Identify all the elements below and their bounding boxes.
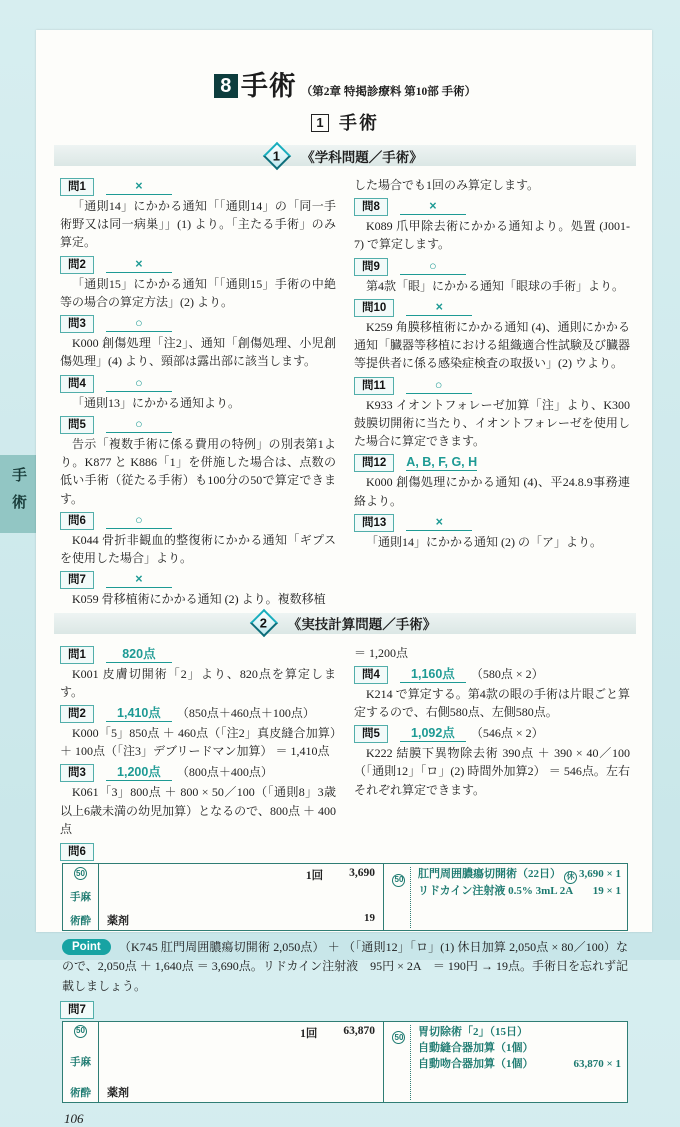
answer-mark: ○: [106, 513, 172, 529]
answer-detail: （580点 × 2）: [471, 667, 544, 681]
explanation-text: K001 皮膚切開術「2」より、820点を算定します。: [60, 665, 336, 701]
book-page: 8手術（第2章 特掲診療料 第10部 手術） 1手術 1 《学科問題／手術》 問…: [36, 30, 652, 932]
question-head: 問8×: [354, 197, 630, 216]
explanation-text: 第4款「眼」にかかる通知「眼球の手術」より。: [354, 277, 630, 295]
section2-diamond-icon: 2: [250, 609, 278, 637]
question-label: 問7: [60, 571, 94, 589]
question-head: 問21,410点（850点＋460点＋100点）: [60, 704, 336, 723]
question-head: 問9○: [354, 257, 630, 276]
field-50-icon: 50: [74, 867, 87, 880]
continuation-text: ＝ 1,200点: [354, 644, 630, 662]
section2-left-column: 問1820点 K001 皮膚切開術「2」より、820点を算定します。 問21,4…: [60, 642, 336, 839]
answer-points: 1,410点: [106, 706, 172, 722]
explanation-text: K061「3」800点 ＋ 800 × 50／100（「通則8」3歳以上6歳未満…: [60, 783, 336, 838]
question-label: 問13: [354, 514, 394, 532]
answer-mark: ○: [106, 376, 172, 392]
detail-line: 胃切除術「2」（15日）: [418, 1025, 621, 1041]
question-label: 問11: [354, 377, 394, 395]
answer-mark: ○: [400, 259, 466, 275]
question-head: 問10×: [354, 298, 630, 317]
question-label: 問3: [60, 764, 94, 782]
section1-header: 1 《学科問題／手術》: [54, 145, 636, 166]
question-head: 問7×: [60, 570, 336, 589]
receipt-field-label: 50 手麻 術酔: [63, 1022, 99, 1102]
question-head: 問1×: [60, 177, 336, 196]
question-label: 問2: [60, 705, 94, 723]
detail-lines: 肛門周囲膿瘍切開術（22日）休 3,690 × 1 リドカイン注射液 0.5% …: [410, 867, 621, 928]
points-value: 3,690: [349, 867, 375, 883]
explanation-text: K933 イオントフォレーゼ加算「注」より、K300 鼓膜切開術に当たり、イオン…: [354, 396, 630, 451]
question-head: 問6○: [60, 511, 336, 530]
explanation-text: K214 で算定する。第4款の眼の手術は片眼ごと算定するので、右側580点、左側…: [354, 685, 630, 721]
count-value: 1回: [306, 867, 323, 883]
question-label: 問4: [354, 666, 388, 684]
answer-mark: ○: [106, 316, 172, 332]
detail-lines: 胃切除術「2」（15日） 自動縫合器加算（1個） 自動吻合器加算（1個） 63,…: [410, 1025, 621, 1100]
receipt-field-label: 50 手麻 術酔: [63, 864, 99, 930]
drug-points: 19: [364, 912, 375, 928]
explanation-text: K000 創傷処理にかかる通知 (4)、平24.8.9事務連絡より。: [354, 473, 630, 509]
holiday-icon: 休: [564, 871, 577, 884]
answer-mark: ○: [106, 417, 172, 433]
row-label: 術酔: [70, 915, 91, 928]
page-number: 106: [64, 1111, 630, 1127]
question-label: 問1: [60, 646, 94, 664]
detail-line: 自動吻合器加算（1個） 63,870 × 1: [418, 1057, 621, 1073]
explanation-text: 「通則14」にかかる通知 (2) の「ア」より。: [354, 533, 630, 551]
answer-detail: （800点＋400点）: [177, 765, 273, 779]
answer-mark: ×: [406, 300, 472, 316]
section2-right-column: ＝ 1,200点 問41,160点（580点 × 2） K214 で算定する。第…: [354, 642, 630, 839]
question-label: 問4: [60, 375, 94, 393]
chapter-subtitle: （第2章 特掲診療料 第10部 手術）: [301, 86, 476, 98]
drug-row: 薬剤 19: [107, 912, 375, 928]
question-label: 問12: [354, 454, 394, 472]
detail-line: 自動縫合器加算（1個）: [418, 1041, 621, 1057]
answer-mark: ○: [406, 378, 472, 394]
answer-mark: ×: [106, 179, 172, 195]
detail-line: 肛門周囲膿瘍切開術（22日）休 3,690 × 1: [418, 867, 621, 884]
question-label: 問3: [60, 315, 94, 333]
explanation-text: K089 爪甲除去術にかかる通知より。処置 (J001-7) で算定します。: [354, 217, 630, 253]
question-label: 問6: [60, 512, 94, 530]
explanation-text: 「通則13」にかかる通知より。: [60, 394, 336, 412]
explanation-text: K000「5」850点 ＋ 460点（「注2」真皮縫合加算）＋ 100点（「注3…: [60, 724, 336, 760]
question-label: 問8: [354, 198, 388, 216]
explanation-text: 「通則15」にかかる通知「「通則15」手術の中絶等の場合の算定方法」(2) より…: [60, 275, 336, 311]
item-amount: 3,690 × 1: [579, 867, 621, 884]
chapter-number-badge: 8: [214, 74, 238, 98]
part-title: 手術: [339, 113, 379, 133]
question-label: 問10: [354, 299, 394, 317]
answer-mark: ×: [106, 257, 172, 273]
question-label: 問5: [60, 416, 94, 434]
explanation-text: K059 骨移植術にかかる通知 (2) より。複数移植: [60, 590, 336, 608]
item-text: 自動吻合器加算（1個）: [418, 1057, 534, 1073]
question-head: 問13×: [354, 513, 630, 532]
answer-points: 820点: [106, 647, 172, 663]
drug-label: 薬剤: [107, 912, 129, 928]
row-label: 手麻: [70, 891, 91, 904]
answer-detail: （850点＋460点＋100点）: [177, 706, 315, 720]
item-text: リドカイン注射液 0.5% 3mL 2A: [418, 884, 573, 900]
question-label: 問2: [60, 256, 94, 274]
question-head: 問5○: [60, 415, 336, 434]
answer-mark: ×: [406, 515, 472, 531]
explanation-text: K044 骨折非観血的整復術にかかる通知「ギプスを使用した場合」より。: [60, 531, 336, 567]
answer-text: A, B, F, G, H: [406, 455, 477, 471]
explanation-text: K222 結膜下異物除去術 390点 ＋ 390 × 40／100（「通則12」…: [354, 744, 630, 799]
question-head: 問6: [60, 842, 630, 861]
receipt-detail-area: 50 胃切除術「2」（15日） 自動縫合器加算（1個） 自動吻合器加算（1個） …: [384, 1022, 627, 1102]
section2-columns: 問1820点 K001 皮膚切開術「2」より、820点を算定します。 問21,4…: [60, 642, 630, 839]
answer-points: 1,200点: [106, 765, 172, 781]
answer-points: 1,092点: [400, 726, 466, 742]
answer-points: 1,160点: [400, 667, 466, 683]
receipt-points-area: 1回 3,690 薬剤 19: [99, 864, 384, 930]
question-head: 問1820点: [60, 645, 336, 664]
section1-diamond-icon: 1: [263, 141, 291, 169]
section1-right-column: した場合でも1回のみ算定します。 問8× K089 爪甲除去術にかかる通知より。…: [354, 174, 630, 609]
field-50-icon: 50: [392, 1031, 405, 1044]
continuation-text: した場合でも1回のみ算定します。: [354, 176, 630, 194]
question-label: 問5: [354, 725, 388, 743]
question-head: 問2×: [60, 255, 336, 274]
count-points-row: 1回 63,870: [107, 1025, 375, 1041]
count-points-row: 1回 3,690: [107, 867, 375, 883]
explanation-text: K259 角膜移植術にかかる通知 (4)、通則にかかる通知「臓器等移植における組…: [354, 318, 630, 373]
item-text: 肛門周囲膿瘍切開術（22日）休: [418, 867, 577, 884]
question-label: 問6: [60, 843, 94, 861]
field-50-icon: 50: [74, 1025, 87, 1038]
answer-mark: ×: [106, 572, 172, 588]
part-heading: 1手術: [60, 109, 630, 135]
section2-header: 2 《実技計算問題／手術》: [54, 613, 636, 634]
question-label: 問7: [60, 1001, 94, 1019]
chapter-heading: 8手術（第2章 特掲診療料 第10部 手術）: [60, 64, 630, 103]
chapter-tab: 手術: [0, 455, 37, 533]
field-50-icon: 50: [392, 874, 405, 887]
question-head: 問7: [60, 1000, 630, 1019]
row-label: 手麻: [70, 1056, 91, 1069]
points-value: 63,870: [343, 1025, 375, 1041]
question-head: 問11○: [354, 376, 630, 395]
question-label: 問9: [354, 258, 388, 276]
item-amount: 19 × 1: [593, 884, 621, 900]
point-badge: Point: [62, 939, 111, 955]
answer-mark: ×: [400, 199, 466, 215]
answer-detail: （546点 × 2）: [471, 726, 544, 740]
receipt-points-area: 1回 63,870 薬剤: [99, 1022, 384, 1102]
receipt-table-q6: 50 手麻 術酔 1回 3,690 薬剤 19 50 肛門周囲膿瘍切開術（22日…: [62, 863, 628, 931]
detail-line: リドカイン注射液 0.5% 3mL 2A 19 × 1: [418, 884, 621, 900]
point-note: Point（K745 肛門周囲膿瘍切開術 2,050点） ＋ （「通則12」「ロ…: [62, 938, 628, 996]
question-label: 問1: [60, 178, 94, 196]
field-code: 50: [388, 867, 410, 928]
question-head: 問12A, B, F, G, H: [354, 453, 630, 472]
question-head: 問3○: [60, 314, 336, 333]
item-text: 自動縫合器加算（1個）: [418, 1041, 534, 1057]
row-label: 術酔: [70, 1087, 91, 1100]
question-head: 問4○: [60, 374, 336, 393]
item-text: 胃切除術「2」（15日）: [418, 1025, 528, 1041]
chapter-title: 手術: [241, 71, 297, 101]
section1-columns: 問1× 「通則14」にかかる通知「「通則14」の「同一手術野又は同一病巣」」(1…: [60, 174, 630, 609]
count-value: 1回: [300, 1025, 317, 1041]
explanation-text: 告示「複数手術に係る費用の特例」の別表第1より。K877 と K886「1」を併…: [60, 435, 336, 508]
section2-title: 《実技計算問題／手術》: [288, 613, 437, 633]
question-head: 問51,092点（546点 × 2）: [354, 724, 630, 743]
section1-left-column: 問1× 「通則14」にかかる通知「「通則14」の「同一手術野又は同一病巣」」(1…: [60, 174, 336, 609]
field-code: 50: [388, 1025, 410, 1100]
question-head: 問41,160点（580点 × 2）: [354, 665, 630, 684]
question-head: 問31,200点（800点＋400点）: [60, 763, 336, 782]
item-amount: 63,870 × 1: [573, 1057, 621, 1073]
receipt-table-q7: 50 手麻 術酔 1回 63,870 薬剤 50 胃切除術「2」（15日）: [62, 1021, 628, 1103]
explanation-text: 「通則14」にかかる通知「「通則14」の「同一手術野又は同一病巣」」(1) より…: [60, 197, 336, 252]
point-text: （K745 肛門周囲膿瘍切開術 2,050点） ＋ （「通則12」「ロ」(1) …: [62, 940, 628, 992]
part-number-box: 1: [311, 114, 329, 132]
drug-row: 薬剤: [107, 1084, 375, 1100]
section1-title: 《学科問題／手術》: [301, 146, 423, 166]
drug-label: 薬剤: [107, 1084, 129, 1100]
explanation-text: K000 創傷処理「注2」、通知「創傷処理、小児創傷処理」(4) より、頸部は露…: [60, 334, 336, 370]
receipt-detail-area: 50 肛門周囲膿瘍切開術（22日）休 3,690 × 1 リドカイン注射液 0.…: [384, 864, 627, 930]
